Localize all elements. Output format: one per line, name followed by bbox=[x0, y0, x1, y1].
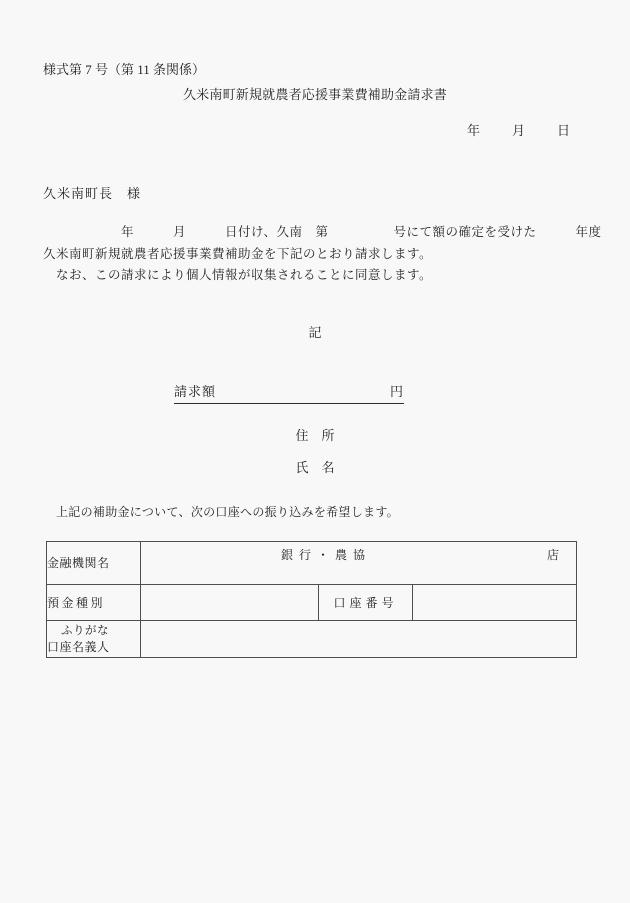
body-line-2: 久米南町新規就農者応援事業費補助金を下記のとおり請求します。 bbox=[43, 246, 432, 262]
claim-amount-line: 請求額 円 bbox=[174, 384, 404, 404]
account-number-label-cell: 口座番号 bbox=[319, 585, 413, 621]
deposit-type-label-cell: 預金種別 bbox=[47, 585, 141, 621]
transfer-note: 上記の補助金について、次の口座への振り込みを希望します。 bbox=[56, 504, 399, 520]
bank-account-table: 金融機関名 銀行・農協 店 預金種別 口座番号 ふりがな 口座名義人 bbox=[46, 541, 577, 658]
holder-input-cell bbox=[141, 621, 577, 658]
page-title: 久米南町新規就農者応援事業費補助金請求書 bbox=[0, 87, 630, 103]
deposit-type-input-cell bbox=[141, 585, 319, 621]
furigana-label: ふりがな bbox=[47, 623, 140, 639]
body-line-1: 年 月 日付け、久南 第 号にて額の確定を受けた 年度 bbox=[43, 224, 602, 240]
claim-amount-unit: 円 bbox=[390, 384, 404, 400]
table-row: 金融機関名 銀行・農協 店 bbox=[47, 542, 577, 585]
date-line: 年 月 日 bbox=[467, 123, 572, 139]
institution-type-label: 銀行・農協 bbox=[281, 547, 371, 563]
name-label: 氏 名 bbox=[0, 460, 630, 476]
account-number-input-cell bbox=[413, 585, 577, 621]
institution-input-cell: 銀行・農協 店 bbox=[141, 542, 577, 585]
document-page: 様式第 7 号（第 11 条関係） 久米南町新規就農者応援事業費補助金請求書 年… bbox=[0, 0, 630, 903]
form-number: 様式第 7 号（第 11 条関係） bbox=[43, 62, 205, 78]
holder-label-cell: ふりがな 口座名義人 bbox=[47, 621, 141, 658]
claim-amount-label: 請求額 bbox=[174, 384, 216, 400]
holder-label: 口座名義人 bbox=[47, 639, 140, 655]
body-line-3: なお、この請求により個人情報が収集されることに同意します。 bbox=[43, 267, 432, 283]
table-row: 預金種別 口座番号 bbox=[47, 585, 577, 621]
addressee-line: 久米南町長 様 bbox=[43, 186, 141, 202]
table-row: ふりがな 口座名義人 bbox=[47, 621, 577, 658]
note-heading: 記 bbox=[0, 325, 630, 341]
address-label: 住 所 bbox=[0, 428, 630, 444]
institution-label-cell: 金融機関名 bbox=[47, 542, 141, 585]
branch-suffix-label: 店 bbox=[547, 547, 559, 563]
